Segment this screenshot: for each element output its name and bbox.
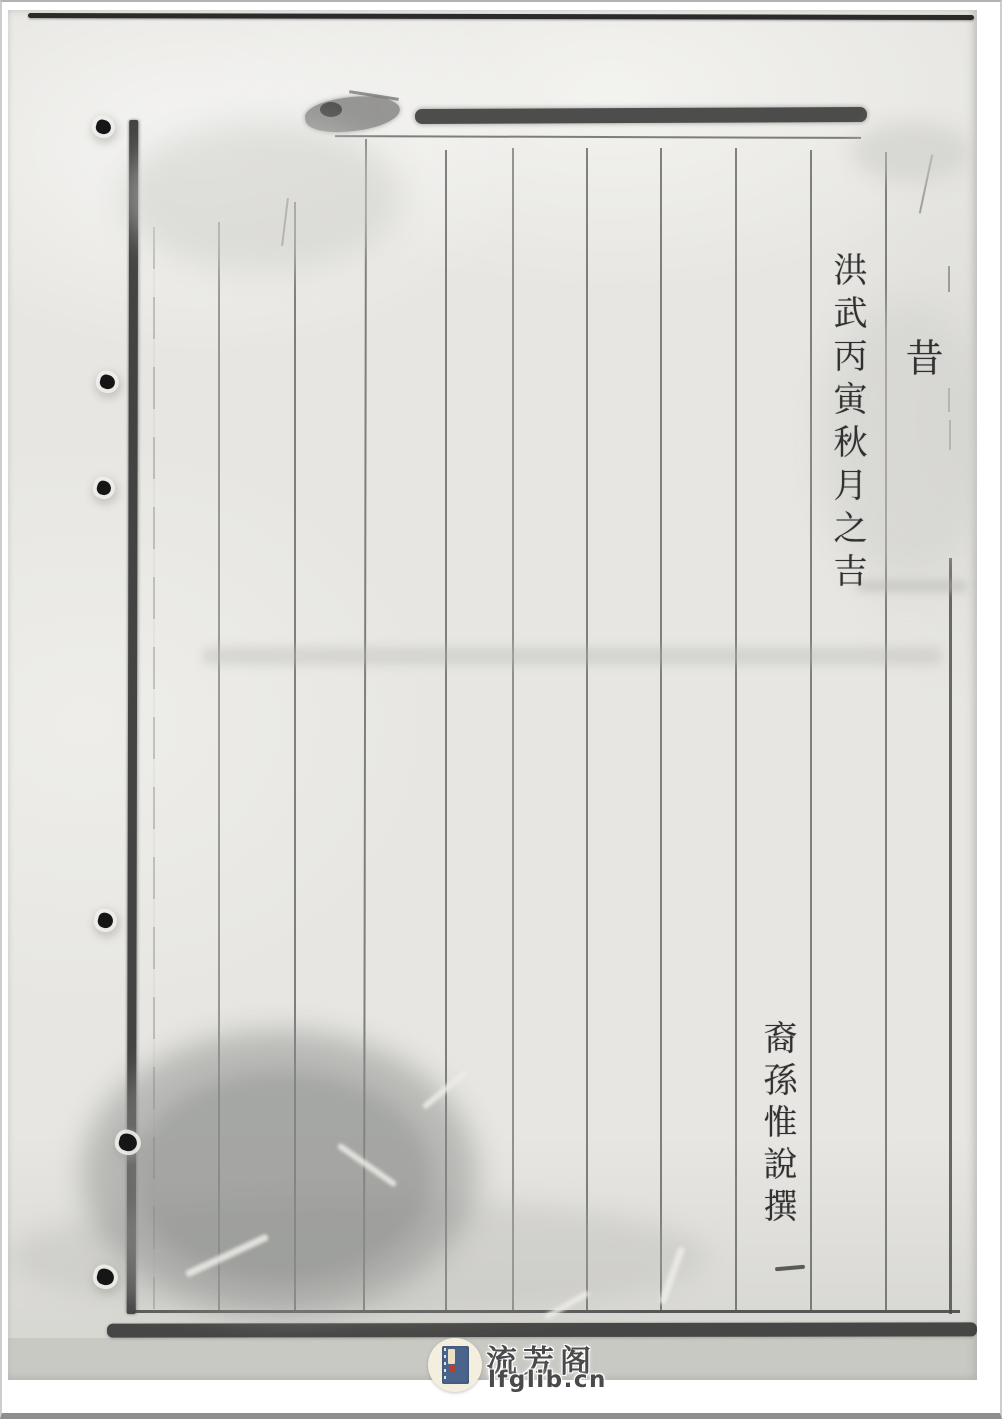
column-line [363, 139, 367, 1310]
paper-crease [337, 1142, 398, 1187]
scratch-mark [281, 198, 289, 246]
ink-blotch-core [320, 102, 342, 117]
scanned-page: 昔 洪武丙寅秋月之吉 裔孫惟說撰 [8, 10, 977, 1380]
paper-crease [185, 1233, 270, 1277]
column-line [512, 148, 514, 1310]
binding-hole [96, 911, 114, 929]
stain [202, 647, 942, 665]
fragment-char: 昔 [894, 338, 949, 376]
ruled-frame-bottom-line [130, 1310, 960, 1313]
column-line [735, 148, 737, 1310]
column-line [445, 150, 447, 1310]
column-line [153, 227, 155, 1309]
scratch-mark [919, 154, 933, 213]
paper-crease [658, 1246, 685, 1305]
scan-frame: 昔 洪武丙寅秋月之吉 裔孫惟說撰 流芳阁 lfglib.cn [0, 0, 1002, 1419]
column-line [885, 152, 887, 1310]
column-line [218, 222, 220, 1310]
ruled-frame-top-line [335, 135, 861, 139]
paper-crease [544, 1290, 590, 1320]
column-line [660, 148, 662, 1310]
column-line [586, 148, 588, 1310]
ruled-frame-top-band [415, 107, 867, 124]
dash-mark [775, 1265, 805, 1272]
stain [852, 122, 972, 182]
book-seal [449, 1366, 455, 1372]
column-line [810, 150, 812, 1310]
ruled-frame-right-dash [948, 266, 950, 292]
book-title-label [448, 1349, 455, 1364]
author-column-text: 裔孫惟說撰 [753, 1020, 802, 1230]
page-top-edge [28, 13, 974, 20]
stain [122, 122, 402, 272]
water-stain [82, 1030, 477, 1315]
binding-hole [94, 118, 112, 135]
stitched-book-icon [442, 1346, 469, 1384]
binding-hole [95, 1267, 116, 1287]
ruled-frame-right-border [949, 558, 952, 1314]
column-line [294, 202, 296, 1310]
watermark-site-url: lfglib.cn [488, 1367, 607, 1393]
ruled-frame-right-dash [949, 420, 951, 450]
date-column-text: 洪武丙寅秋月之吉 [823, 252, 872, 596]
binding-hole [98, 373, 116, 390]
stain [8, 1197, 708, 1317]
binding-hole [95, 479, 112, 496]
book-stitching [444, 1348, 446, 1382]
ruled-frame-right-dash [948, 388, 950, 412]
